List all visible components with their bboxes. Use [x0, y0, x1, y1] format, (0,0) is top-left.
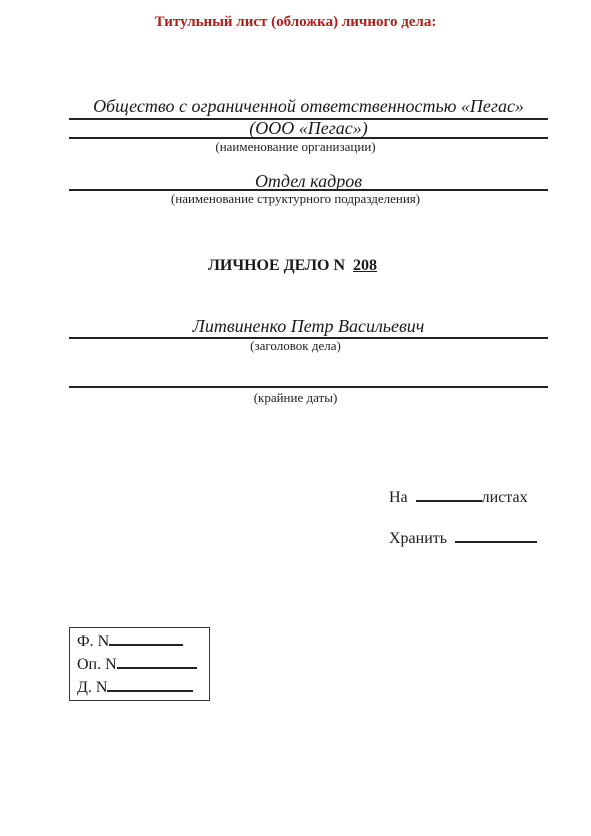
storage-label: Хранить [389, 530, 447, 547]
stamp-label-delo: Д. N [77, 679, 107, 696]
sheets-count-field [416, 486, 482, 502]
department-caption: (наименование структурного подразделения… [0, 191, 591, 207]
case-number: 208 [349, 257, 383, 274]
stamp-label-opis: Оп. N [77, 656, 117, 673]
storage-line: Хранить [389, 527, 537, 548]
stamp-field-fond [109, 630, 183, 646]
dates-rule [69, 386, 548, 388]
case-title: ЛИЧНОЕ ДЕЛО N 208 [0, 257, 591, 275]
case-heading-value: Литвиненко Петр Васильевич [69, 316, 548, 337]
organization-full-name: Общество с ограниченной ответственностью… [69, 96, 548, 117]
case-label: ЛИЧНОЕ ДЕЛО N [208, 257, 345, 274]
stamp-row-opis: Оп. N [77, 653, 209, 676]
sheets-prefix: На [389, 489, 408, 506]
case-heading-caption: (заголовок дела) [0, 338, 591, 354]
storage-period-field [455, 527, 537, 543]
stamp-field-delo [107, 676, 193, 692]
archive-stamp-box: Ф. N Оп. N Д. N [69, 627, 210, 701]
page-title: Титульный лист (обложка) личного дела: [0, 14, 591, 31]
sheets-line: На листах [389, 486, 528, 507]
organization-short-name: (ООО «Пегас») [69, 118, 548, 139]
sheets-suffix: листах [482, 489, 528, 506]
stamp-label-fond: Ф. N [77, 633, 109, 650]
dates-caption: (крайние даты) [0, 390, 591, 406]
stamp-field-opis [117, 653, 197, 669]
stamp-row-fond: Ф. N [77, 630, 209, 653]
stamp-row-delo: Д. N [77, 676, 209, 699]
organization-caption: (наименование организации) [0, 139, 591, 155]
